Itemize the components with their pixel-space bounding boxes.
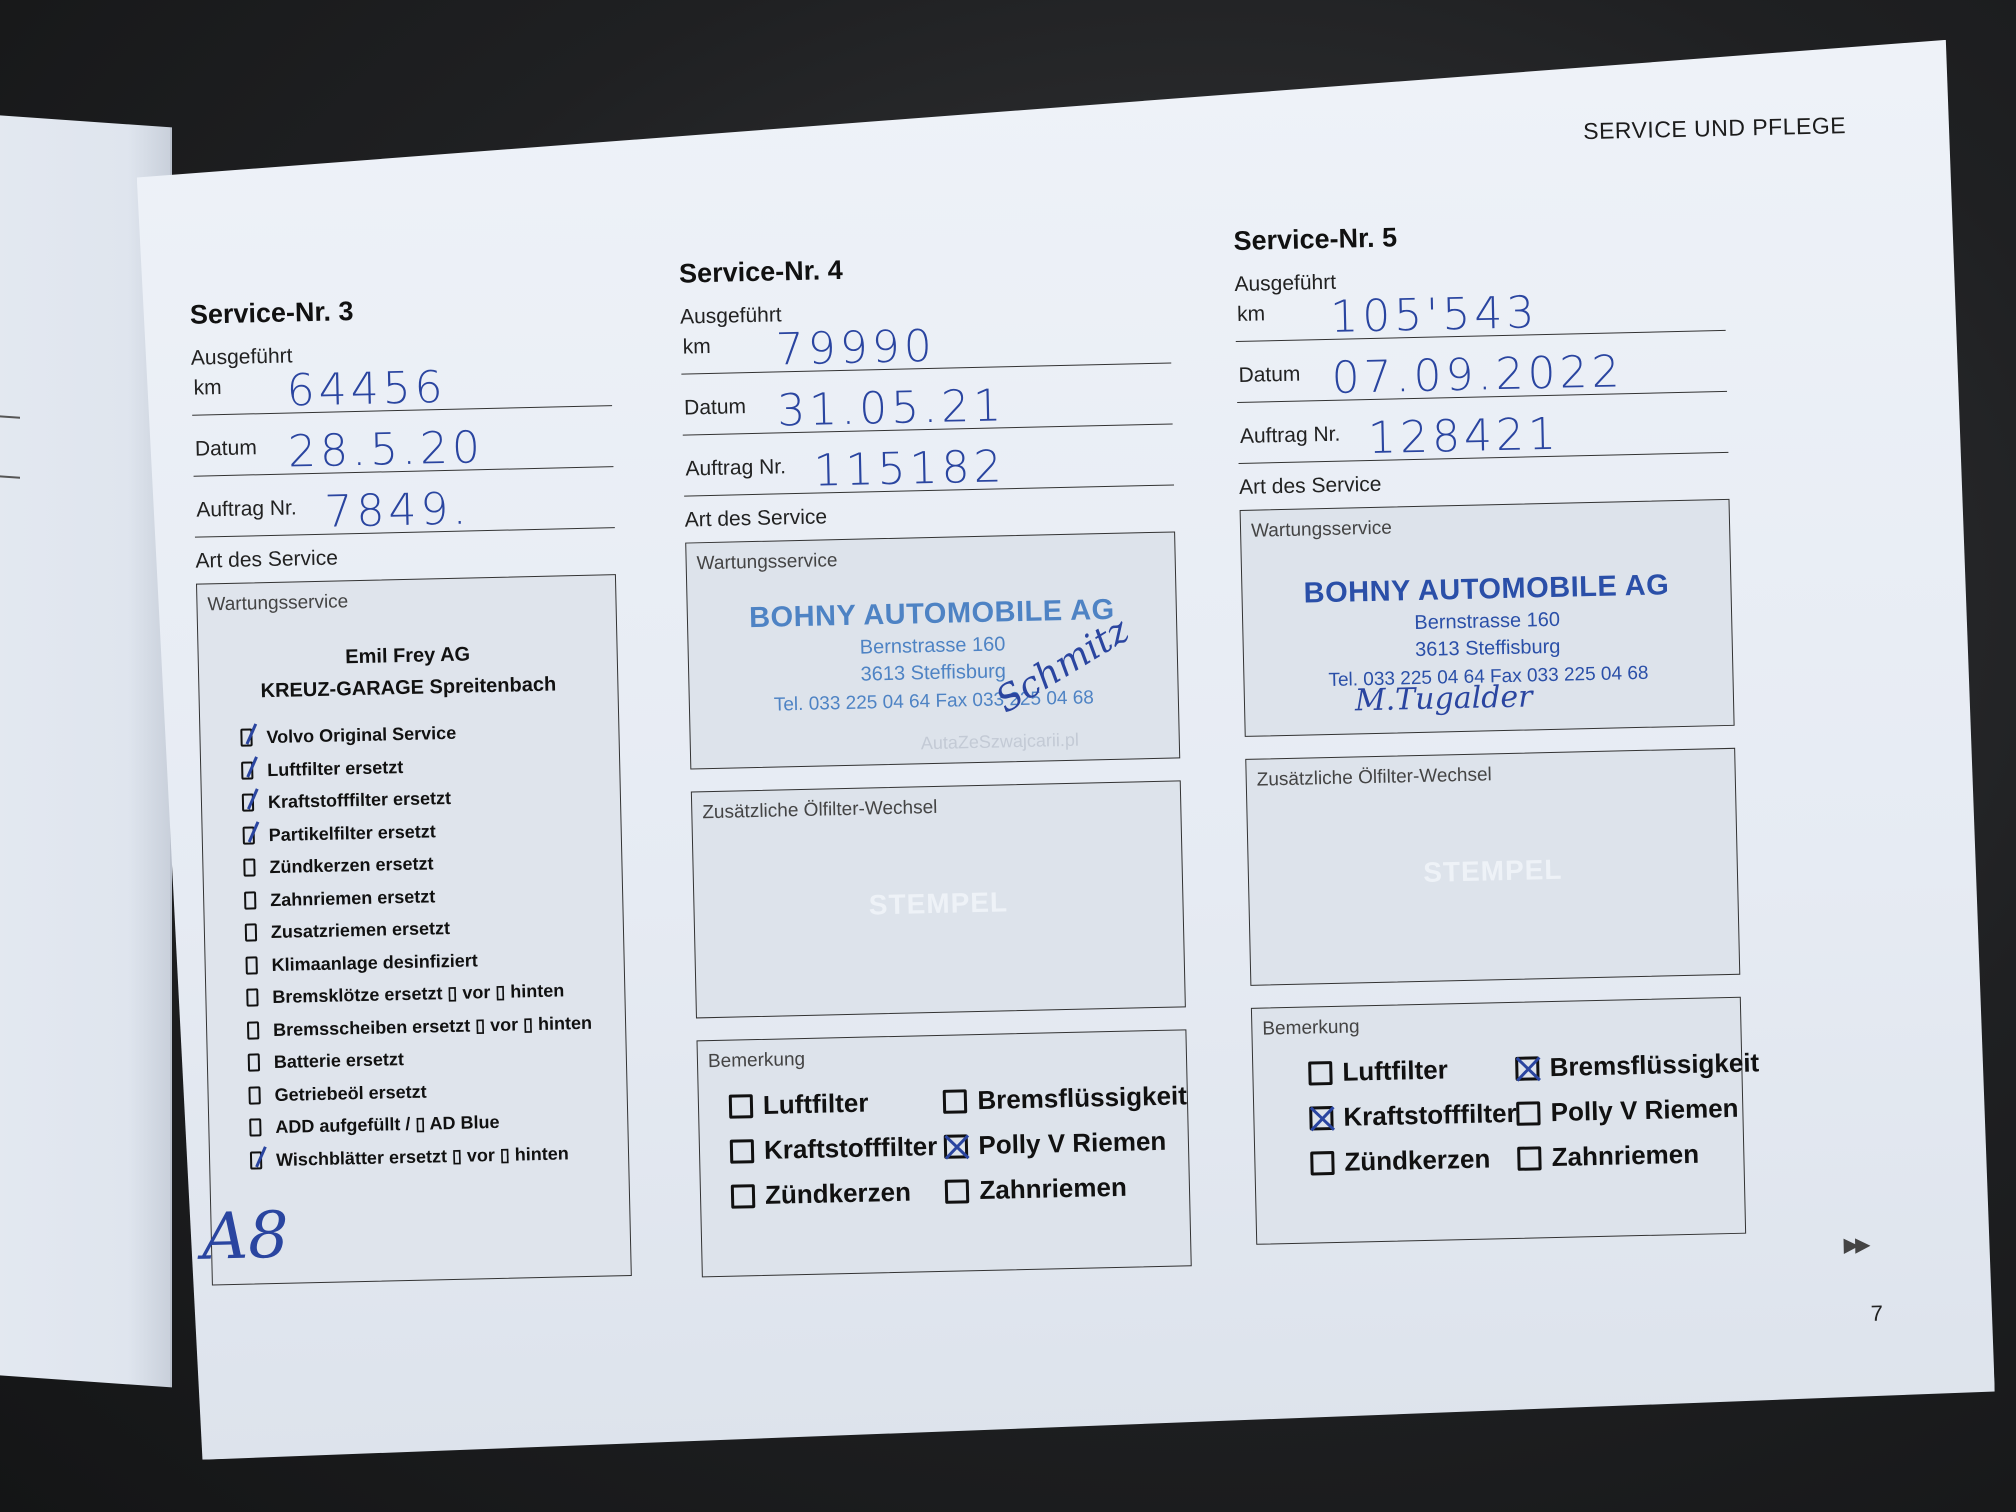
checkbox-icon[interactable]: [1308, 1061, 1333, 1086]
checkbox-icon[interactable]: [244, 891, 256, 909]
order-value: 7849.: [324, 483, 471, 537]
remark-item[interactable]: Bremsflüssigkeit: [943, 1080, 1187, 1117]
remark-label: Zündkerzen: [1344, 1143, 1491, 1177]
maintenance-label: Wartungsservice: [696, 550, 837, 575]
checkbox-icon[interactable]: [247, 1021, 259, 1039]
checkbox-checked-icon[interactable]: [1309, 1106, 1334, 1131]
checklist-label: Kraftstofffilter ersetzt: [268, 782, 452, 819]
remark-item[interactable]: Bremsflüssigkeit: [1515, 1047, 1759, 1084]
checklist-label: Zahnriemen ersetzt: [270, 880, 436, 916]
oil-filter-box: Zusätzliche Ölfilter-Wechsel STEMPEL: [1245, 748, 1740, 986]
checkbox-checked-icon[interactable]: [240, 729, 252, 747]
remark-label: Zahnriemen: [979, 1172, 1127, 1206]
checkbox-icon[interactable]: [249, 1119, 261, 1137]
checkbox-checked-icon[interactable]: [242, 794, 254, 812]
service-checklist: Volvo Original ServiceLuftfilter ersetzt…: [240, 714, 595, 1177]
remark-item[interactable]: Kraftstofffilter: [1309, 1098, 1517, 1134]
form-line: [0, 475, 20, 478]
remarks-label: Bemerkung: [1262, 1016, 1360, 1040]
checkbox-icon[interactable]: [245, 956, 257, 974]
maintenance-label: Wartungsservice: [1251, 518, 1392, 543]
date-value: 07.09.2022: [1331, 346, 1624, 404]
remark-label: Kraftstofffilter: [1343, 1098, 1517, 1133]
oil-filter-label: Zusätzliche Ölfilter-Wechsel: [702, 797, 938, 824]
service-booklet-page: SERVICE UND PFLEGE Service-Nr. 3 Ausgefü…: [135, 39, 1996, 1460]
remark-item[interactable]: Luftfilter: [1308, 1053, 1516, 1089]
section-title: SERVICE UND PFLEGE: [1583, 112, 1846, 145]
dealer-phone: Tel. 033 225 04 64 Fax 033 225 04 68: [690, 685, 1178, 718]
remark-item[interactable]: Polly V Riemen: [944, 1125, 1188, 1162]
date-label: Datum: [195, 436, 257, 461]
checkbox-icon[interactable]: [243, 859, 255, 877]
checkbox-checked-icon[interactable]: [250, 1151, 262, 1169]
remarks-label: Bemerkung: [708, 1049, 806, 1073]
remark-label: Luftfilter: [763, 1088, 869, 1121]
stamp-placeholder: STEMPEL: [694, 883, 1183, 926]
remark-item[interactable]: Polly V Riemen: [1516, 1092, 1760, 1129]
remark-item[interactable]: Luftfilter: [729, 1086, 944, 1122]
checklist-item[interactable]: Wischblätter ersetzt ▯ vor ▯ hinten: [250, 1136, 596, 1176]
remark-label: Zündkerzen: [765, 1177, 912, 1211]
km-value: 64456: [286, 362, 447, 417]
service-type-label: Art des Service: [1239, 465, 1729, 500]
remarks-box: Bemerkung LuftfilterBremsflüssigkeitKraf…: [1251, 997, 1746, 1245]
checkbox-icon[interactable]: [945, 1179, 970, 1204]
checkbox-checked-icon[interactable]: [241, 761, 253, 779]
checkbox-icon[interactable]: [729, 1094, 754, 1119]
checklist-label: Luftfilter ersetzt: [267, 751, 404, 787]
checkbox-icon[interactable]: [248, 1086, 260, 1104]
maintenance-stamp-box: Wartungsservice BOHNY AUTOMOBILE AG Bern…: [1240, 499, 1735, 737]
signature: M.Tugalder: [1355, 679, 1533, 718]
checklist-label: Zusatzriemen ersetzt: [271, 912, 451, 949]
checklist-label: ADD aufgefüllt / ▯ AD Blue: [275, 1106, 500, 1144]
checklist-label: Klimaanlage desinfiziert: [271, 944, 478, 981]
remark-item[interactable]: Zahnriemen: [945, 1170, 1189, 1207]
remark-label: Kraftstofffilter: [764, 1131, 938, 1166]
service-entry-4: Service-Nr. 4 Ausgeführt km 79990 Datum …: [679, 248, 1192, 1300]
signature: A8: [201, 1199, 290, 1275]
order-value: 128421: [1367, 409, 1560, 464]
service-entry-3: Service-Nr. 3 Ausgeführt km 64456 Datum …: [190, 290, 633, 1307]
remark-label: Polly V Riemen: [1550, 1093, 1738, 1128]
km-field[interactable]: km 64456: [191, 365, 612, 416]
service-entry-5: Service-Nr. 5 Ausgeführt km 105'543 Datu…: [1233, 215, 1746, 1267]
remark-label: Bremsflüssigkeit: [977, 1080, 1187, 1116]
checkbox-checked-icon[interactable]: [944, 1134, 969, 1159]
km-label: km: [193, 376, 222, 401]
garage-stamp: Emil Frey AG KREUZ-GARAGE Spreitenbach: [198, 635, 617, 708]
service-title: Service-Nr. 3: [190, 290, 611, 331]
checkbox-icon[interactable]: [245, 924, 257, 942]
dealer-name: BOHNY AUTOMOBILE AG: [1242, 568, 1731, 612]
date-field[interactable]: Datum 31.05.21: [681, 365, 1172, 435]
dealer-stamp: BOHNY AUTOMOBILE AG Bernstrasse 160 3613…: [1242, 568, 1732, 694]
date-value: 28.5.20: [287, 422, 484, 477]
checkbox-checked-icon[interactable]: [243, 826, 255, 844]
maintenance-label: Wartungsservice: [207, 591, 348, 616]
form-line: [0, 415, 20, 418]
order-label: Auftrag Nr.: [685, 455, 786, 481]
order-label: Auftrag Nr.: [1240, 423, 1341, 449]
remark-label: Zahnriemen: [1551, 1139, 1699, 1173]
remark-label: Bremsflüssigkeit: [1549, 1047, 1759, 1083]
checkbox-icon[interactable]: [1516, 1101, 1541, 1126]
maintenance-stamp-box: Wartungsservice Emil Frey AG KREUZ-GARAG…: [196, 574, 632, 1285]
checklist-label: Partikelfilter ersetzt: [268, 815, 436, 851]
checklist-label: Batterie ersetzt: [274, 1043, 405, 1078]
next-page-icon[interactable]: ▶▶: [1843, 1232, 1866, 1258]
km-value: 79990: [775, 321, 936, 376]
checkbox-icon[interactable]: [730, 1139, 755, 1164]
remark-label: Luftfilter: [1342, 1054, 1448, 1087]
remark-item[interactable]: Zündkerzen: [731, 1176, 946, 1212]
checklist-label: Zündkerzen ersetzt: [269, 847, 434, 883]
remark-label: Polly V Riemen: [978, 1126, 1166, 1161]
order-field[interactable]: Auftrag Nr. 128421: [1237, 394, 1728, 464]
order-label: Auftrag Nr.: [196, 496, 297, 522]
date-field[interactable]: Datum 07.09.2022: [1236, 333, 1727, 403]
maintenance-stamp-box: Wartungsservice BOHNY AUTOMOBILE AG Bern…: [685, 531, 1180, 769]
date-value: 31.05.21: [777, 380, 1006, 436]
checkbox-icon[interactable]: [1517, 1146, 1542, 1171]
oil-filter-label: Zusätzliche Ölfilter-Wechsel: [1256, 764, 1492, 791]
km-label: km: [682, 335, 711, 360]
checkbox-icon[interactable]: [943, 1089, 968, 1114]
checklist-label: Wischblätter ersetzt ▯ vor ▯ hinten: [276, 1137, 569, 1176]
service-type-label: Art des Service: [684, 497, 1174, 532]
checklist-label: Getriebeöl ersetzt: [274, 1075, 427, 1111]
date-label: Datum: [1238, 363, 1300, 388]
checklist-label: Volvo Original Service: [266, 717, 456, 754]
checkbox-icon[interactable]: [246, 989, 258, 1007]
checkbox-icon[interactable]: [1310, 1150, 1335, 1175]
remark-item[interactable]: Kraftstofffilter: [730, 1131, 945, 1167]
order-field[interactable]: Auftrag Nr. 115182: [683, 426, 1174, 496]
km-label: km: [1237, 302, 1266, 327]
service-title: Service-Nr. 4: [679, 248, 1170, 290]
oil-filter-box: Zusätzliche Ölfilter-Wechsel STEMPEL: [691, 780, 1186, 1018]
service-type-label: Art des Service: [195, 540, 615, 574]
watermark: AutaZeSzwajcarii.pl: [921, 730, 1079, 755]
checkbox-checked-icon[interactable]: [1515, 1056, 1540, 1081]
km-value: 105'543: [1330, 287, 1539, 343]
stamp-placeholder: STEMPEL: [1249, 850, 1738, 893]
remark-item[interactable]: Zündkerzen: [1310, 1143, 1518, 1179]
date-label: Datum: [684, 395, 746, 420]
checkbox-icon[interactable]: [731, 1184, 756, 1209]
order-field[interactable]: Auftrag Nr. 7849.: [194, 469, 615, 538]
order-value: 115182: [813, 441, 1006, 496]
date-field[interactable]: Datum 28.5.20: [192, 408, 613, 477]
remark-item[interactable]: Zahnriemen: [1517, 1137, 1761, 1174]
remarks-box: Bemerkung LuftfilterBremsflüssigkeitKraf…: [696, 1029, 1191, 1277]
page-number: 7: [1870, 1301, 1883, 1327]
service-title: Service-Nr. 5: [1233, 215, 1724, 257]
checkbox-icon[interactable]: [248, 1054, 260, 1072]
